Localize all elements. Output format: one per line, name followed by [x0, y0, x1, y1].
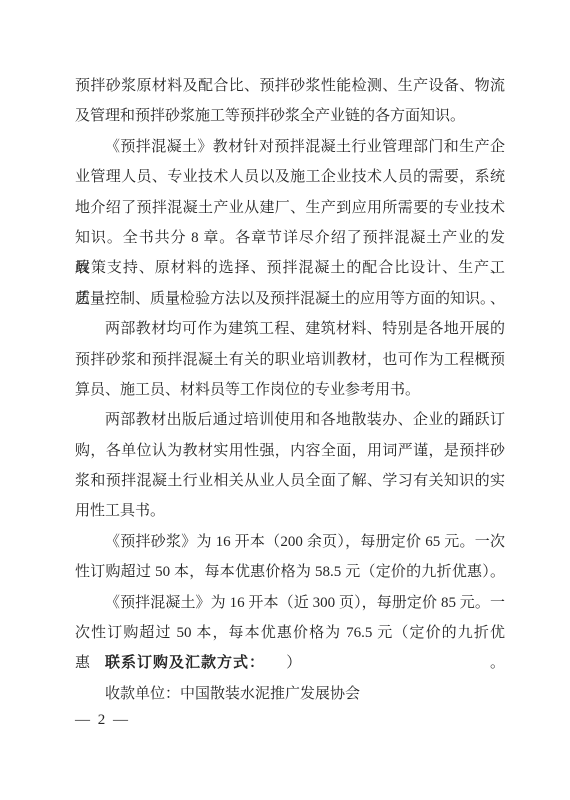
text-line: 算员、施工员、材料员等工作岗位的专业参考用书。 [75, 375, 505, 405]
text-line: 知识。全书共分 8 章。各章节详尽介绍了预拌混凝土产业的发展、 [75, 223, 505, 253]
text-line: 地介绍了预拌混凝土产业从建厂、生产到应用所需要的专业技术 [75, 193, 505, 223]
text-line: 《预拌砂浆》为 16 开本（200 余页），每册定价 65 元。一次 [75, 527, 505, 557]
page-number: — 2 — [75, 710, 130, 730]
text-line: 预拌砂浆原材料及配合比、预拌砂浆性能检测、生产设备、物流 [75, 71, 505, 101]
text-line: 浆和预拌混凝土行业相关从业人员全面了解、学习有关知识的实 [75, 466, 505, 496]
text-line: 次性订购超过 50 本，每本优惠价格为 76.5 元（定价的九折优惠）。 [75, 618, 505, 648]
text-line: 预拌砂浆和预拌混凝土有关的职业培训教材，也可作为工程概预 [75, 345, 505, 375]
text-line: 收款单位：中国散装水泥推广发展协会 [75, 679, 505, 709]
document-page: 预拌砂浆原材料及配合比、预拌砂浆性能检测、生产设备、物流及管理和预拌砂浆施工等预… [0, 0, 570, 800]
text-line: 用性工具书。 [75, 496, 505, 526]
text-line: 两部教材均可作为建筑工程、建筑材料、特别是各地开展的 [75, 314, 505, 344]
text-line: 两部教材出版后通过培训使用和各地散装办、企业的踊跃订 [75, 405, 505, 435]
text-line: 《预拌混凝土》为 16 开本（近 300 页），每册定价 85 元。一 [75, 588, 505, 618]
text-line: 性订购超过 50 本，每本优惠价格为 58.5 元（定价的九折优惠）。 [75, 557, 505, 587]
document-body: 预拌砂浆原材料及配合比、预拌砂浆性能检测、生产设备、物流及管理和预拌砂浆施工等预… [75, 71, 505, 709]
text-line: 质量控制、质量检验方法以及预拌混凝土的应用等方面的知识。 [75, 284, 505, 314]
text-line: 购，各单位认为教材实用性强，内容全面，用词严谨，是预拌砂 [75, 436, 505, 466]
text-line: 业管理人员、专业技术人员以及施工企业技术人员的需要，系统 [75, 162, 505, 192]
text-line: 及管理和预拌砂浆施工等预拌砂浆全产业链的各方面知识。 [75, 101, 505, 131]
text-line: 《预拌混凝土》教材针对预拌混凝土行业管理部门和生产企 [75, 132, 505, 162]
text-line: 政策支持、原材料的选择、预拌混凝土的配合比设计、生产工艺、 [75, 253, 505, 283]
